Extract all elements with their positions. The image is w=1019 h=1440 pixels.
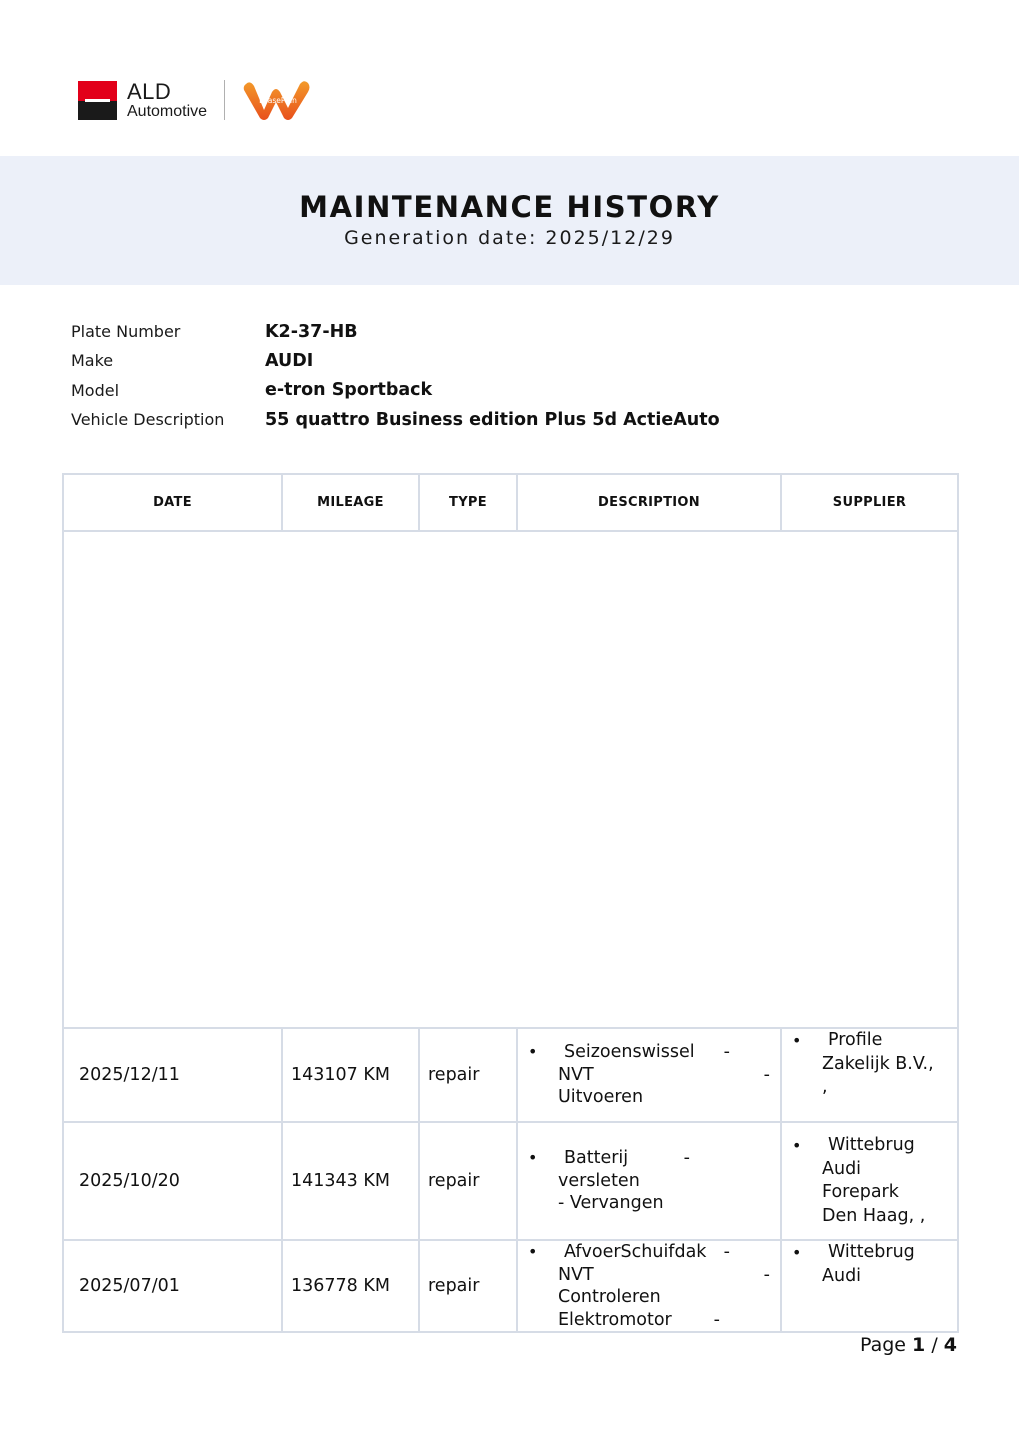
bullet-icon: • [792,1134,801,1158]
info-row-plate: Plate Number K2-37-HB [71,317,720,346]
supplier-line: , [822,1076,947,1100]
description-cell: •Batterij-versleten- Vervangen [517,1122,781,1240]
make-label: Make [71,351,265,370]
page-separator: / [931,1334,937,1356]
description-cell: •Seizoenswissel-NVT-Uitvoeren [517,1028,781,1122]
description-line: Controleren [558,1286,770,1309]
type-cell: repair [419,1122,517,1240]
table-row: 2025/07/01136778 KMrepair•AfvoerSchuifda… [63,1240,958,1332]
type-cell: repair [419,1028,517,1122]
leaseplan-logo-icon: LeasePlan [242,78,314,122]
ald-logo-text: ALD Automotive [127,81,207,120]
type-cell: repair [419,1240,517,1332]
description-line: Seizoenswissel- [558,1041,770,1064]
description-line: AfvoerSchuifdak- [558,1241,770,1264]
generation-date: Generation date: 2025/12/29 [0,227,1019,249]
plate-label: Plate Number [71,322,265,341]
description-line: Uitvoeren [558,1086,770,1109]
supplier-line: Wittebrug [822,1134,947,1158]
column-header-type: TYPE [419,474,517,531]
supplier-cell: •ProfileZakelijk B.V.,, [781,1028,958,1122]
supplier-line: Forepark [822,1181,947,1205]
header-logos: ALD Automotive LeasePlan [78,78,314,122]
table-row: 2025/10/20141343 KMrepair•Batterij-versl… [63,1122,958,1240]
page-indicator: Page 1 / 4 [860,1334,957,1356]
description-line: versleten [558,1170,770,1193]
vehicle-info: Plate Number K2-37-HB Make AUDI Model e-… [71,317,720,434]
supplier-line: Profile [822,1029,947,1053]
plate-value: K2-37-HB [265,322,358,342]
title-banner: MAINTENANCE HISTORY Generation date: 202… [0,156,1019,285]
table-row: 2025/12/11143107 KMrepair•Seizoenswissel… [63,1028,958,1122]
ald-logo-line1: ALD [127,81,207,103]
svg-text:LeasePlan: LeasePlan [259,96,297,105]
make-value: AUDI [265,351,313,371]
bullet-icon: • [528,1147,537,1170]
date-cell: 2025/10/20 [63,1122,282,1240]
supplier-line: Zakelijk B.V., [822,1053,947,1077]
supplier-cell: •WittebrugAudi [781,1240,958,1332]
date-cell: 2025/12/11 [63,1028,282,1122]
empty-spacer-row [63,531,958,1028]
column-header-date: DATE [63,474,282,531]
description-line: NVT- [558,1264,770,1287]
bullet-icon: • [528,1241,537,1264]
info-row-description: Vehicle Description 55 quattro Business … [71,405,720,434]
bullet-icon: • [528,1041,537,1064]
mileage-cell: 136778 KM [282,1240,419,1332]
logo-divider [224,80,225,120]
current-page: 1 [912,1334,925,1356]
supplier-line: Audi [822,1265,947,1289]
ald-logo-line2: Automotive [127,104,207,120]
info-row-model: Model e-tron Sportback [71,376,720,405]
bullet-icon: • [792,1029,801,1053]
maintenance-table: DATE MILEAGE TYPE DESCRIPTION SUPPLIER 2… [62,473,957,1333]
empty-spacer-cell [63,531,958,1028]
page-title: MAINTENANCE HISTORY [0,190,1019,224]
column-header-description: DESCRIPTION [517,474,781,531]
vehicle-description-label: Vehicle Description [71,410,265,429]
column-header-supplier: SUPPLIER [781,474,958,531]
date-cell: 2025/07/01 [63,1240,282,1332]
table-header-row: DATE MILEAGE TYPE DESCRIPTION SUPPLIER [63,474,958,531]
supplier-line: Audi [822,1158,947,1182]
supplier-cell: •WittebrugAudiForeparkDen Haag, , [781,1122,958,1240]
description-cell: •AfvoerSchuifdak-NVT-ControlerenElektrom… [517,1240,781,1332]
bullet-icon: • [792,1241,801,1265]
total-pages: 4 [944,1334,957,1356]
vehicle-description-value: 55 quattro Business edition Plus 5d Acti… [265,410,720,430]
page-prefix: Page [860,1334,906,1356]
model-value: e-tron Sportback [265,380,432,400]
supplier-line: Wittebrug [822,1241,947,1265]
column-header-mileage: MILEAGE [282,474,419,531]
description-line: Batterij- [558,1147,770,1170]
info-row-make: Make AUDI [71,346,720,375]
description-line: Elektromotor- [558,1309,770,1332]
ald-logo-icon [78,81,117,120]
description-line: - Vervangen [558,1192,770,1215]
mileage-cell: 141343 KM [282,1122,419,1240]
mileage-cell: 143107 KM [282,1028,419,1122]
description-line: NVT- [558,1064,770,1087]
model-label: Model [71,381,265,400]
supplier-line: Den Haag, , [822,1205,947,1229]
